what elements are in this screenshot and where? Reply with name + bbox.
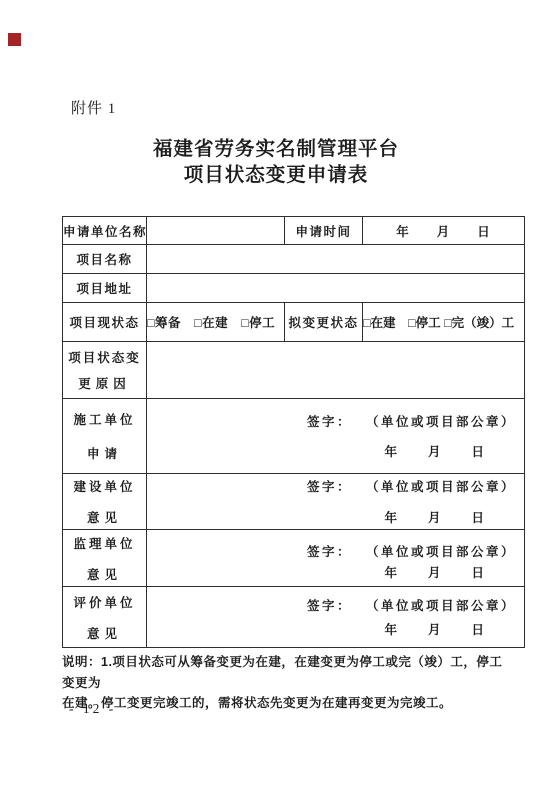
current-status-label: 项目现状态 bbox=[63, 303, 147, 342]
supervisor-label-line2: 意见 bbox=[63, 565, 146, 583]
change-reason-label-line2: 更原因 bbox=[63, 374, 146, 392]
seal-hint: （单位或项目部公章） bbox=[366, 596, 516, 614]
owner-label-line2: 意见 bbox=[63, 508, 146, 526]
seal-hint: （单位或项目部公章） bbox=[366, 412, 516, 430]
evaluator-signature-cell: 签字： （单位或项目部公章） 年 月 日 bbox=[147, 587, 525, 648]
note-line1: 说明：1.项目状态可从筹备变更为在建，在建变更为停工或完（竣）工，停工变更为 bbox=[62, 652, 514, 693]
project-address-value-cell bbox=[147, 274, 525, 303]
signature-label: 签字： bbox=[307, 477, 352, 495]
target-status-checkbox-options: □在建 □停工 □完（竣）工 bbox=[363, 303, 525, 342]
date-line: 年 月 日 bbox=[384, 442, 516, 460]
constructor-label-line1: 施工单位 bbox=[63, 410, 146, 428]
supervisor-opinion-label: 监理单位 意见 bbox=[63, 530, 147, 587]
change-reason-label-line1: 项目状态变 bbox=[63, 348, 146, 366]
target-status-label: 拟变更状态 bbox=[285, 303, 363, 342]
applicant-name-value-cell bbox=[147, 217, 285, 245]
row-change-reason: 项目状态变 更原因 bbox=[63, 342, 525, 399]
signature-label: 签字： bbox=[307, 412, 352, 430]
form-title-line1: 福建省劳务实名制管理平台 bbox=[0, 136, 552, 162]
row-evaluator-opinion: 评价单位 意见 签字： （单位或项目部公章） 年 月 日 bbox=[63, 587, 525, 648]
attachment-label: 附件 1 bbox=[71, 97, 116, 118]
supervisor-label-line1: 监理单位 bbox=[63, 534, 146, 552]
evaluator-label-line1: 评价单位 bbox=[63, 593, 146, 611]
project-name-value-cell bbox=[147, 245, 525, 274]
date-line: 年 月 日 bbox=[384, 620, 516, 638]
project-name-label: 项目名称 bbox=[63, 245, 147, 274]
row-project-status: 项目现状态 □筹备 □在建 □停工 拟变更状态 □在建 □停工 □完（竣）工 bbox=[63, 303, 525, 342]
constructor-apply-label: 施工单位 申请 bbox=[63, 399, 147, 474]
row-project-address: 项目地址 bbox=[63, 274, 525, 303]
explanatory-note: 说明：1.项目状态可从筹备变更为在建，在建变更为停工或完（竣）工，停工变更为 在… bbox=[62, 652, 514, 714]
page-number: - 12 - bbox=[69, 701, 116, 717]
row-project-name: 项目名称 bbox=[63, 245, 525, 274]
evaluator-opinion-label: 评价单位 意见 bbox=[63, 587, 147, 648]
applicant-name-label: 申请单位名称 bbox=[63, 217, 147, 245]
current-status-checkbox-options: □筹备 □在建 □停工 bbox=[147, 303, 285, 342]
constructor-label-line2: 申请 bbox=[63, 444, 146, 462]
document-page: 附件 1 福建省劳务实名制管理平台 项目状态变更申请表 申请单位名称 申请时间 … bbox=[0, 0, 552, 785]
apply-time-value-cell: 年 月 日 bbox=[363, 217, 525, 245]
date-line: 年 月 日 bbox=[384, 508, 516, 526]
owner-label-line1: 建设单位 bbox=[63, 477, 146, 495]
seal-hint: （单位或项目部公章） bbox=[366, 477, 516, 495]
signature-label: 签字： bbox=[307, 542, 352, 560]
change-reason-value-cell bbox=[147, 342, 525, 399]
project-address-label: 项目地址 bbox=[63, 274, 147, 303]
row-constructor-apply: 施工单位 申请 签字： （单位或项目部公章） 年 月 日 bbox=[63, 399, 525, 474]
note-line2: 在建。停工变更完竣工的，需将状态先变更为在建再变更为完竣工。 bbox=[62, 693, 514, 714]
supervisor-signature-cell: 签字： （单位或项目部公章） 年 月 日 bbox=[147, 530, 525, 587]
constructor-signature-cell: 签字： （单位或项目部公章） 年 月 日 bbox=[147, 399, 525, 474]
date-line: 年 月 日 bbox=[384, 563, 516, 581]
owner-signature-cell: 签字： （单位或项目部公章） 年 月 日 bbox=[147, 474, 525, 530]
change-reason-label: 项目状态变 更原因 bbox=[63, 342, 147, 399]
form-title: 福建省劳务实名制管理平台 项目状态变更申请表 bbox=[0, 136, 552, 188]
row-applicant: 申请单位名称 申请时间 年 月 日 bbox=[63, 217, 525, 245]
row-supervisor-opinion: 监理单位 意见 签字： （单位或项目部公章） 年 月 日 bbox=[63, 530, 525, 587]
form-title-line2: 项目状态变更申请表 bbox=[0, 162, 552, 188]
row-owner-opinion: 建设单位 意见 签字： （单位或项目部公章） 年 月 日 bbox=[63, 474, 525, 530]
owner-opinion-label: 建设单位 意见 bbox=[63, 474, 147, 530]
application-form-table: 申请单位名称 申请时间 年 月 日 项目名称 项目地址 项目现状态 □筹备 □在… bbox=[62, 216, 525, 648]
signature-label: 签字： bbox=[307, 596, 352, 614]
apply-time-label: 申请时间 bbox=[285, 217, 363, 245]
evaluator-label-line2: 意见 bbox=[63, 624, 146, 642]
seal-hint: （单位或项目部公章） bbox=[366, 542, 516, 560]
red-square-mark bbox=[8, 33, 21, 46]
